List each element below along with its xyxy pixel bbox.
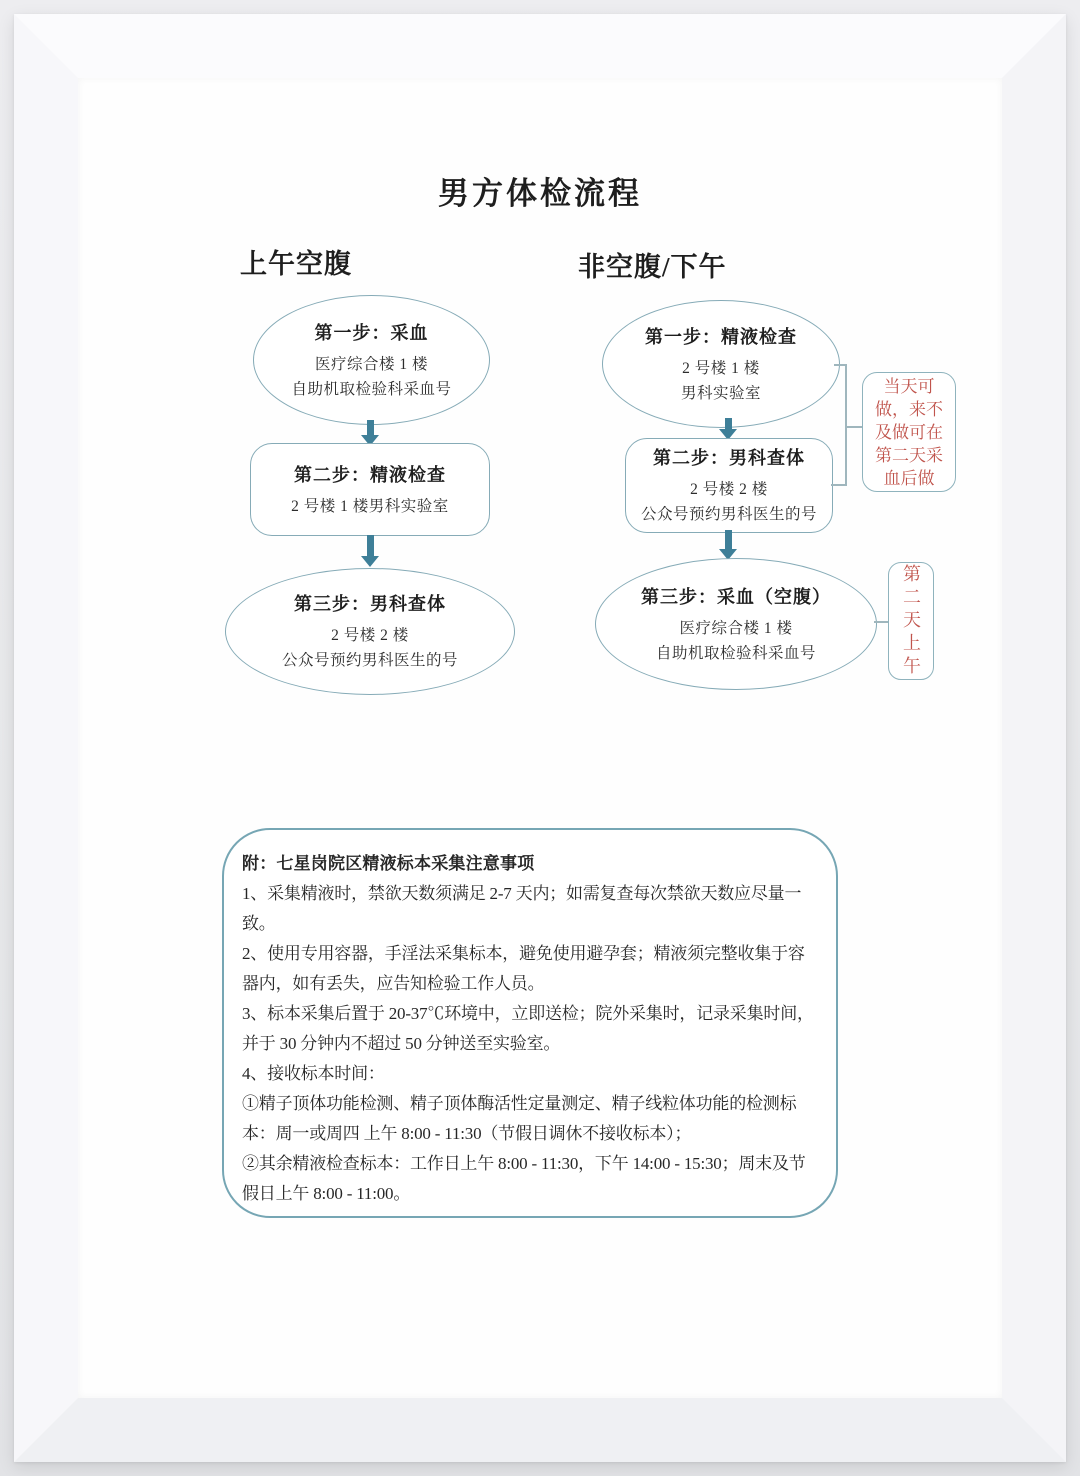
- right-step-2-box: 第二步：男科查体 2 号楼 2 楼 公众号预约男科医生的号: [625, 438, 833, 533]
- appendix-line: ②其余精液检查标本：工作日上午 8:00 - 11:30，下午 14:00 - …: [242, 1149, 818, 1179]
- down-arrow: [719, 530, 737, 560]
- right-step-3-ellipse: 第三步：采血（空腹） 医疗综合楼 1 楼 自助机取检验科采血号: [595, 558, 877, 690]
- connector-line: [845, 364, 847, 486]
- step-detail: 公众号预约男科医生的号: [282, 648, 458, 673]
- connector-line: [831, 484, 847, 486]
- left-step-3-ellipse: 第三步：男科查体 2 号楼 2 楼 公众号预约男科医生的号: [225, 568, 515, 695]
- appendix-line: 2、使用专用容器，手淫法采集标本，避免使用避孕套；精液须完整收集于容: [242, 939, 818, 969]
- step-detail: 自助机取检验科采血号: [291, 377, 451, 402]
- appendix-line: 并于 30 分钟内不超过 50 分钟送至实验室。: [242, 1029, 818, 1059]
- right-step-1-ellipse: 第一步：精液检查 2 号楼 1 楼 男科实验室: [602, 300, 840, 428]
- step-detail: 2 号楼 2 楼: [331, 623, 409, 648]
- side-note-text: 当天可做，来不及做可在第二天采血后做: [863, 373, 955, 492]
- appendix-box: 附：七星岗院区精液标本采集注意事项 1、采集精液时，禁欲天数须满足 2-7 天内…: [222, 828, 838, 1218]
- step-detail: 2 号楼 2 楼: [690, 477, 768, 502]
- appendix-line: 3、标本采集后置于 20-37℃环境中，立即送检；院外采集时，记录采集时间，: [242, 999, 818, 1029]
- down-arrow: [719, 418, 737, 440]
- side-note-text: 第二天上午: [898, 564, 924, 679]
- arrow-stem: [725, 530, 732, 549]
- appendix-line: ①精子顶体功能检测、精子顶体酶活性定量测定、精子线粒体功能的检测标: [242, 1089, 818, 1119]
- step-detail: 2 号楼 1 楼: [682, 356, 760, 381]
- page-title: 男方体检流程: [78, 168, 1002, 213]
- appendix-line: 致。: [242, 909, 818, 939]
- document-page: 男方体检流程 上午空腹 非空腹/下午 第一步：采血 医疗综合楼 1 楼 自助机取…: [78, 78, 1002, 1398]
- photo-background: 男方体检流程 上午空腹 非空腹/下午 第一步：采血 医疗综合楼 1 楼 自助机取…: [0, 0, 1080, 1476]
- step-title: 第三步：男科查体: [294, 590, 446, 616]
- step-title: 第三步：采血（空腹）: [641, 583, 831, 609]
- side-note-same-day: 当天可做，来不及做可在第二天采血后做: [862, 372, 956, 492]
- side-note-next-day: 第二天上午: [888, 562, 934, 680]
- left-step-2-box: 第二步：精液检查 2 号楼 1 楼男科实验室: [250, 443, 490, 536]
- left-step-1-ellipse: 第一步：采血 医疗综合楼 1 楼 自助机取检验科采血号: [253, 295, 490, 425]
- step-detail: 公众号预约男科医生的号: [641, 502, 817, 527]
- step-detail: 自助机取检验科采血号: [656, 641, 816, 666]
- down-arrow: [361, 535, 379, 567]
- appendix-line: 1、采集精液时，禁欲天数须满足 2-7 天内；如需复查每次禁欲天数应尽量一: [242, 879, 818, 909]
- right-column-header: 非空腹/下午: [578, 245, 727, 284]
- step-title: 第二步：男科查体: [653, 444, 805, 470]
- step-title: 第一步：采血: [315, 319, 429, 345]
- connector-line: [847, 426, 862, 428]
- appendix-line: 假日上午 8:00 - 11:00。: [242, 1179, 818, 1209]
- step-title: 第一步：精液检查: [645, 323, 797, 349]
- appendix-heading: 附：七星岗院区精液标本采集注意事项: [242, 849, 818, 879]
- step-detail: 医疗综合楼 1 楼: [315, 352, 428, 377]
- step-title: 第二步：精液检查: [294, 461, 446, 487]
- appendix-line: 4、接收标本时间：: [242, 1059, 818, 1089]
- picture-frame: 男方体检流程 上午空腹 非空腹/下午 第一步：采血 医疗综合楼 1 楼 自助机取…: [14, 14, 1066, 1462]
- arrow-stem: [367, 420, 374, 435]
- appendix-line: 本：周一或周四 上午 8:00 - 11:30（节假日调休不接收标本）；: [242, 1119, 818, 1149]
- arrow-stem: [725, 418, 732, 429]
- appendix-line: 器内，如有丢失，应告知检验工作人员。: [242, 969, 818, 999]
- step-detail: 医疗综合楼 1 楼: [679, 616, 792, 641]
- arrow-head: [361, 556, 379, 567]
- step-detail: 2 号楼 1 楼男科实验室: [291, 494, 449, 519]
- step-detail: 男科实验室: [681, 381, 761, 406]
- connector-line: [874, 621, 888, 623]
- left-column-header: 上午空腹: [240, 242, 352, 281]
- arrow-stem: [367, 535, 374, 556]
